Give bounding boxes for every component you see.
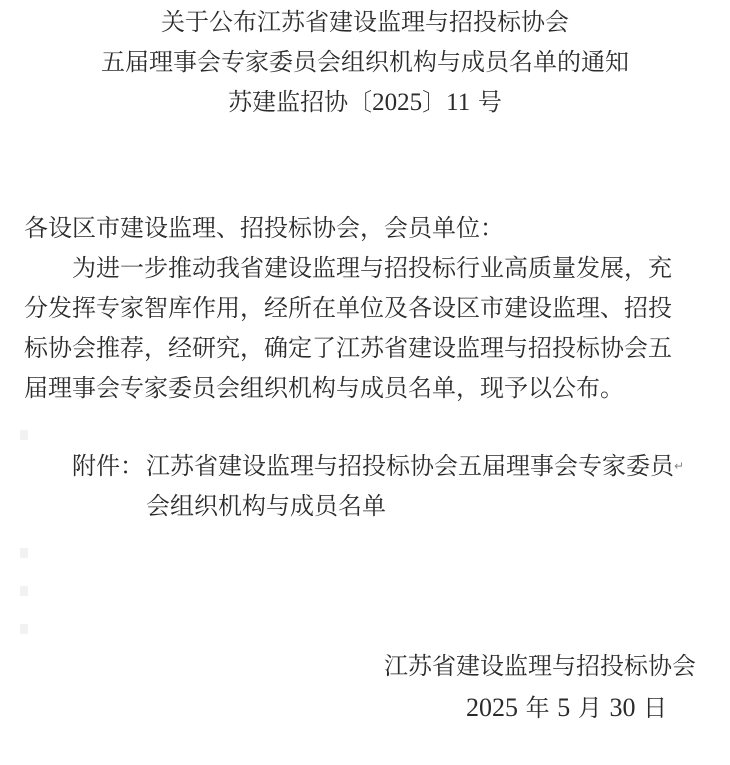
paragraph-line: 届理事会专家委员会组织机构与成员名单，现予以公布。 (24, 368, 700, 408)
title-line-1: 关于公布江苏省建设监理与招投标协会 (0, 2, 730, 42)
scan-artifact (20, 430, 28, 440)
doc-number-value: 11 (446, 89, 470, 116)
doc-number-prefix: 苏建监招协〔 (228, 88, 372, 116)
scan-artifact (20, 624, 28, 634)
document-header: 关于公布江苏省建设监理与招投标协会 五届理事会专家委员会组织机构与成员名单的通知… (0, 2, 730, 123)
date-day-unit: 日 (636, 694, 668, 722)
date-month: 5 (557, 693, 570, 722)
document-number: 苏建监招协〔2025〕11 号 (0, 82, 730, 123)
date-year-unit: 年 (518, 694, 557, 722)
attachment-row-2: 会组织机构与成员名单 (72, 486, 684, 526)
attachment-row-1: 附件： 江苏省建设监理与招投标协会五届理事会专家委员 ↵ (72, 446, 684, 486)
scan-artifact (20, 548, 28, 558)
doc-number-bracket: 〕 (422, 88, 446, 116)
date-day: 30 (610, 693, 636, 722)
signature-date: 2025 年 5 月 30 日 (466, 688, 667, 728)
body-paragraph: 为进一步推动我省建设监理与招投标行业高质量发展，充 分发挥专家智库作用，经所在单… (24, 248, 700, 408)
date-year: 2025 (466, 693, 518, 722)
paragraph-line: 为进一步推动我省建设监理与招投标行业高质量发展，充 (24, 248, 700, 288)
doc-number-suffix: 号 (470, 88, 502, 116)
title-line-2: 五届理事会专家委员会组织机构与成员名单的通知 (0, 42, 730, 82)
salutation: 各设区市建设监理、招投标协会，会员单位： (24, 208, 504, 248)
scan-artifact (20, 586, 28, 596)
attachment-label: 附件： (72, 446, 146, 486)
attachment-title-line-2: 会组织机构与成员名单 (146, 486, 386, 526)
attachment-title-line-1: 江苏省建设监理与招投标协会五届理事会专家委员 (146, 446, 674, 486)
doc-number-year: 2025 (372, 89, 422, 116)
signature-organization: 江苏省建设监理与招投标协会 (384, 646, 696, 686)
paragraph-return-icon: ↵ (674, 446, 684, 486)
paragraph-line: 标协会推荐，经研究，确定了江苏省建设监理与招投标协会五 (24, 328, 700, 368)
attachment-note: 附件： 江苏省建设监理与招投标协会五届理事会专家委员 ↵ 会组织机构与成员名单 (72, 446, 684, 526)
paragraph-line: 分发挥专家智库作用，经所在单位及各设区市建设监理、招投 (24, 288, 700, 328)
date-month-unit: 月 (570, 694, 609, 722)
